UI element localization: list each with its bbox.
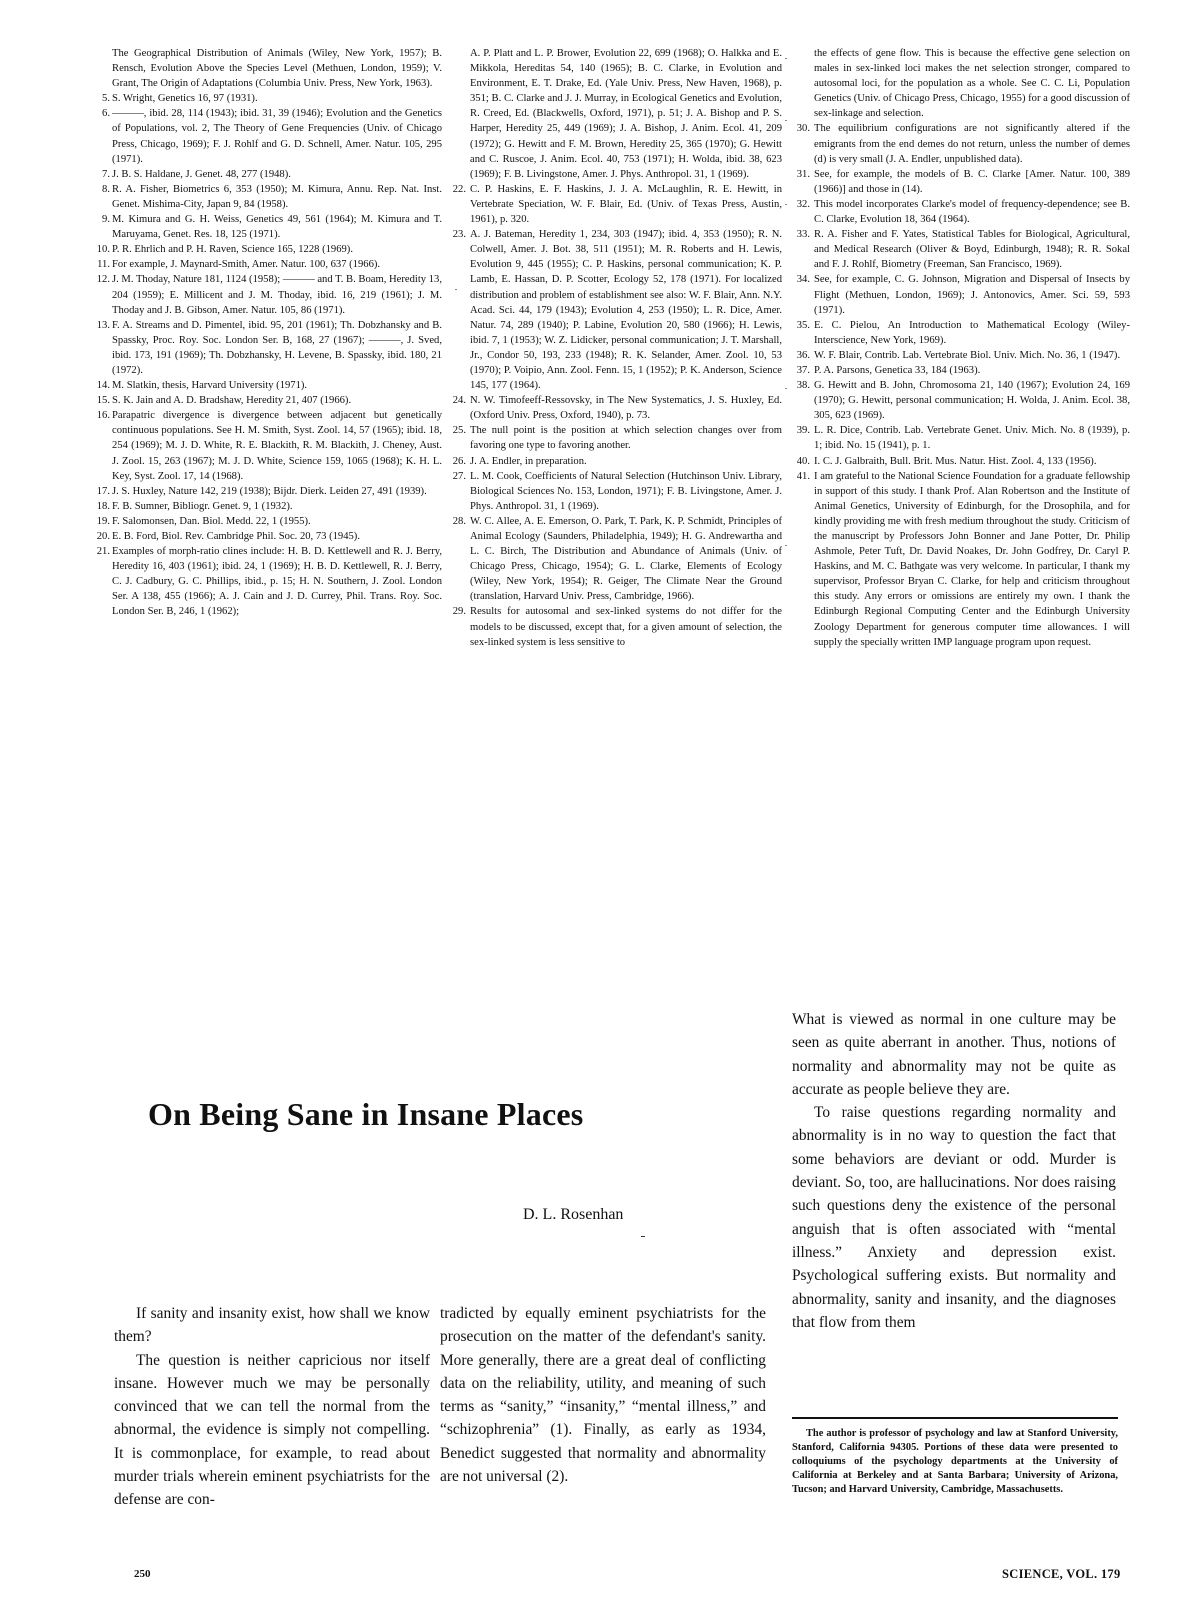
reference-number: 17. — [90, 484, 110, 499]
reference-text: L. M. Cook, Coefficients of Natural Sele… — [470, 469, 782, 514]
reference-25: 25.The null point is the position at whi… — [470, 423, 782, 453]
reference-text: R. A. Fisher and F. Yates, Statistical T… — [814, 227, 1130, 272]
reference-24: 24.N. W. Timofeeff-Ressovsky, in The New… — [470, 393, 782, 423]
reference-number: 20. — [90, 529, 110, 544]
reference-7: 7.J. B. S. Haldane, J. Genet. 48, 277 (1… — [112, 167, 442, 182]
reference-number: 31. — [790, 167, 810, 182]
reference-text: F. A. Streams and D. Pimentel, ibid. 95,… — [112, 318, 442, 378]
reference-text: See, for example, C. G. Johnson, Migrati… — [814, 272, 1130, 317]
reference-continued: The Geographical Distribution of Animals… — [112, 46, 442, 91]
reference-number: 16. — [90, 408, 110, 423]
reference-text: W. F. Blair, Contrib. Lab. Vertebrate Bi… — [814, 348, 1130, 363]
reference-29: 29.Results for autosomal and sex-linked … — [470, 604, 782, 649]
references-column-1: The Geographical Distribution of Animals… — [112, 46, 442, 620]
reference-9: 9.M. Kimura and G. H. Weiss, Genetics 49… — [112, 212, 442, 242]
reference-20: 20.E. B. Ford, Biol. Rev. Cambridge Phil… — [112, 529, 442, 544]
reference-38: 38.G. Hewitt and B. John, Chromosoma 21,… — [814, 378, 1130, 423]
reference-text: E. C. Pielou, An Introduction to Mathema… — [814, 318, 1130, 348]
author-footnote: The author is professor of psychology an… — [792, 1427, 1118, 1497]
reference-number: 14. — [90, 378, 110, 393]
reference-number: 10. — [90, 242, 110, 257]
reference-33: 33.R. A. Fisher and F. Yates, Statistica… — [814, 227, 1130, 272]
reference-text: P. R. Ehrlich and P. H. Raven, Science 1… — [112, 242, 442, 257]
reference-text: The equilibrium configurations are not s… — [814, 121, 1130, 166]
reference-number: 33. — [790, 227, 810, 242]
article-body-column-1: If sanity and insanity exist, how shall … — [114, 1302, 430, 1512]
reference-8: 8.R. A. Fisher, Biometrics 6, 353 (1950)… — [112, 182, 442, 212]
reference-number: 22. — [446, 182, 466, 197]
reference-23: 23.A. J. Bateman, Heredity 1, 234, 303 (… — [470, 227, 782, 393]
reference-text: See, for example, the models of B. C. Cl… — [814, 167, 1130, 197]
reference-text: ———, ibid. 28, 114 (1943); ibid. 31, 39 … — [112, 106, 442, 166]
reference-number: 23. — [446, 227, 466, 242]
reference-number: 36. — [790, 348, 810, 363]
reference-number: 41. — [790, 469, 810, 484]
reference-text: The Geographical Distribution of Animals… — [112, 46, 442, 91]
reference-15: 15.S. K. Jain and A. D. Bradshaw, Heredi… — [112, 393, 442, 408]
article-body-column-2: tradicted by equally eminent psychiatris… — [440, 1302, 766, 1488]
reference-number: 27. — [446, 469, 466, 484]
reference-22: 22.C. P. Haskins, E. F. Haskins, J. J. A… — [470, 182, 782, 227]
reference-36: 36.W. F. Blair, Contrib. Lab. Vertebrate… — [814, 348, 1130, 363]
reference-text: M. Slatkin, thesis, Harvard University (… — [112, 378, 442, 393]
scan-mark — [785, 204, 787, 205]
reference-number: 34. — [790, 272, 810, 287]
reference-number: 40. — [790, 454, 810, 469]
reference-number: 15. — [90, 393, 110, 408]
reference-32: 32.This model incorporates Clarke's mode… — [814, 197, 1130, 227]
reference-text: R. A. Fisher, Biometrics 6, 353 (1950); … — [112, 182, 442, 212]
reference-text: Parapatric divergence is divergence betw… — [112, 408, 442, 483]
footnote-divider — [792, 1417, 1118, 1419]
reference-text: the effects of gene flow. This is becaus… — [814, 46, 1130, 121]
reference-number: 6. — [90, 106, 110, 121]
reference-text: The null point is the position at which … — [470, 423, 782, 453]
reference-40: 40.I. C. J. Galbraith, Bull. Brit. Mus. … — [814, 454, 1130, 469]
reference-number: 7. — [90, 167, 110, 182]
reference-5: 5.S. Wright, Genetics 16, 97 (1931). — [112, 91, 442, 106]
paragraph: What is viewed as normal in one culture … — [792, 1008, 1116, 1101]
reference-text: I. C. J. Galbraith, Bull. Brit. Mus. Nat… — [814, 454, 1130, 469]
reference-number: 29. — [446, 604, 466, 619]
reference-number: 8. — [90, 182, 110, 197]
paragraph: To raise questions regarding normality a… — [792, 1101, 1116, 1334]
reference-continued: A. P. Platt and L. P. Brower, Evolution … — [470, 46, 782, 182]
reference-41: 41.I am grateful to the National Science… — [814, 469, 1130, 650]
reference-text: G. Hewitt and B. John, Chromosoma 21, 14… — [814, 378, 1130, 423]
reference-text: J. A. Endler, in preparation. — [470, 454, 782, 469]
reference-text: W. C. Allee, A. E. Emerson, O. Park, T. … — [470, 514, 782, 605]
scan-mark — [455, 289, 457, 290]
reference-27: 27.L. M. Cook, Coefficients of Natural S… — [470, 469, 782, 514]
reference-number: 24. — [446, 393, 466, 408]
reference-text: J. B. S. Haldane, J. Genet. 48, 277 (194… — [112, 167, 442, 182]
article-author: D. L. Rosenhan — [523, 1206, 623, 1224]
scan-mark — [785, 545, 787, 546]
reference-text: J. S. Huxley, Nature 142, 219 (1938); Bi… — [112, 484, 442, 499]
scan-mark — [785, 58, 787, 59]
reference-number: 39. — [790, 423, 810, 438]
reference-31: 31.See, for example, the models of B. C.… — [814, 167, 1130, 197]
scan-mark — [785, 388, 787, 389]
journal-volume: SCIENCE, VOL. 179 — [1002, 1567, 1121, 1582]
reference-14: 14.M. Slatkin, thesis, Harvard Universit… — [112, 378, 442, 393]
reference-text: M. Kimura and G. H. Weiss, Genetics 49, … — [112, 212, 442, 242]
page-number: 250 — [134, 1568, 151, 1580]
reference-text: I am grateful to the National Science Fo… — [814, 469, 1130, 650]
reference-text: F. B. Sumner, Bibliogr. Genet. 9, 1 (193… — [112, 499, 442, 514]
references-column-2: A. P. Platt and L. P. Brower, Evolution … — [470, 46, 782, 650]
reference-text: L. R. Dice, Contrib. Lab. Vertebrate Gen… — [814, 423, 1130, 453]
reference-text: E. B. Ford, Biol. Rev. Cambridge Phil. S… — [112, 529, 442, 544]
reference-number: 13. — [90, 318, 110, 333]
reference-number: 11. — [90, 257, 110, 272]
reference-13: 13.F. A. Streams and D. Pimentel, ibid. … — [112, 318, 442, 378]
reference-text: P. A. Parsons, Genetica 33, 184 (1963). — [814, 363, 1130, 378]
reference-18: 18.F. B. Sumner, Bibliogr. Genet. 9, 1 (… — [112, 499, 442, 514]
article-body-column-3: What is viewed as normal in one culture … — [792, 1008, 1116, 1334]
paragraph: If sanity and insanity exist, how shall … — [114, 1302, 430, 1349]
reference-text: F. Salomonsen, Dan. Biol. Medd. 22, 1 (1… — [112, 514, 442, 529]
paragraph: tradicted by equally eminent psychiatris… — [440, 1302, 766, 1488]
reference-text: S. K. Jain and A. D. Bradshaw, Heredity … — [112, 393, 442, 408]
reference-text: S. Wright, Genetics 16, 97 (1931). — [112, 91, 442, 106]
reference-number: 21. — [90, 544, 110, 559]
reference-10: 10.P. R. Ehrlich and P. H. Raven, Scienc… — [112, 242, 442, 257]
reference-text: N. W. Timofeeff-Ressovsky, in The New Sy… — [470, 393, 782, 423]
reference-number: 28. — [446, 514, 466, 529]
reference-19: 19.F. Salomonsen, Dan. Biol. Medd. 22, 1… — [112, 514, 442, 529]
reference-6: 6.———, ibid. 28, 114 (1943); ibid. 31, 3… — [112, 106, 442, 166]
reference-text: A. P. Platt and L. P. Brower, Evolution … — [470, 46, 782, 182]
reference-number: 25. — [446, 423, 466, 438]
reference-text: Examples of morph-ratio clines include: … — [112, 544, 442, 619]
reference-continued: the effects of gene flow. This is becaus… — [814, 46, 1130, 121]
reference-12: 12.J. M. Thoday, Nature 181, 1124 (1958)… — [112, 272, 442, 317]
reference-17: 17.J. S. Huxley, Nature 142, 219 (1938);… — [112, 484, 442, 499]
reference-number: 26. — [446, 454, 466, 469]
reference-34: 34.See, for example, C. G. Johnson, Migr… — [814, 272, 1130, 317]
reference-number: 35. — [790, 318, 810, 333]
reference-37: 37.P. A. Parsons, Genetica 33, 184 (1963… — [814, 363, 1130, 378]
reference-number: 5. — [90, 91, 110, 106]
reference-26: 26.J. A. Endler, in preparation. — [470, 454, 782, 469]
reference-text: A. J. Bateman, Heredity 1, 234, 303 (194… — [470, 227, 782, 393]
reference-number: 19. — [90, 514, 110, 529]
reference-number: 12. — [90, 272, 110, 287]
reference-number: 37. — [790, 363, 810, 378]
reference-text: Results for autosomal and sex-linked sys… — [470, 604, 782, 649]
references-column-3: the effects of gene flow. This is becaus… — [814, 46, 1130, 650]
reference-28: 28.W. C. Allee, A. E. Emerson, O. Park, … — [470, 514, 782, 605]
reference-30: 30.The equilibrium configurations are no… — [814, 121, 1130, 166]
reference-11: 11.For example, J. Maynard-Smith, Amer. … — [112, 257, 442, 272]
paragraph: The question is neither capricious nor i… — [114, 1349, 430, 1512]
reference-21: 21.Examples of morph-ratio clines includ… — [112, 544, 442, 619]
reference-number: 18. — [90, 499, 110, 514]
scan-mark — [785, 120, 787, 121]
reference-text: C. P. Haskins, E. F. Haskins, J. J. A. M… — [470, 182, 782, 227]
reference-35: 35.E. C. Pielou, An Introduction to Math… — [814, 318, 1130, 348]
reference-number: 38. — [790, 378, 810, 393]
reference-text: J. M. Thoday, Nature 181, 1124 (1958); —… — [112, 272, 442, 317]
article-title: On Being Sane in Insane Places — [148, 1096, 583, 1133]
reference-text: This model incorporates Clarke's model o… — [814, 197, 1130, 227]
reference-number: 9. — [90, 212, 110, 227]
reference-number: 32. — [790, 197, 810, 212]
reference-39: 39.L. R. Dice, Contrib. Lab. Vertebrate … — [814, 423, 1130, 453]
reference-text: For example, J. Maynard-Smith, Amer. Nat… — [112, 257, 442, 272]
reference-16: 16.Parapatric divergence is divergence b… — [112, 408, 442, 483]
reference-number: 30. — [790, 121, 810, 136]
decorative-dash — [641, 1236, 645, 1237]
